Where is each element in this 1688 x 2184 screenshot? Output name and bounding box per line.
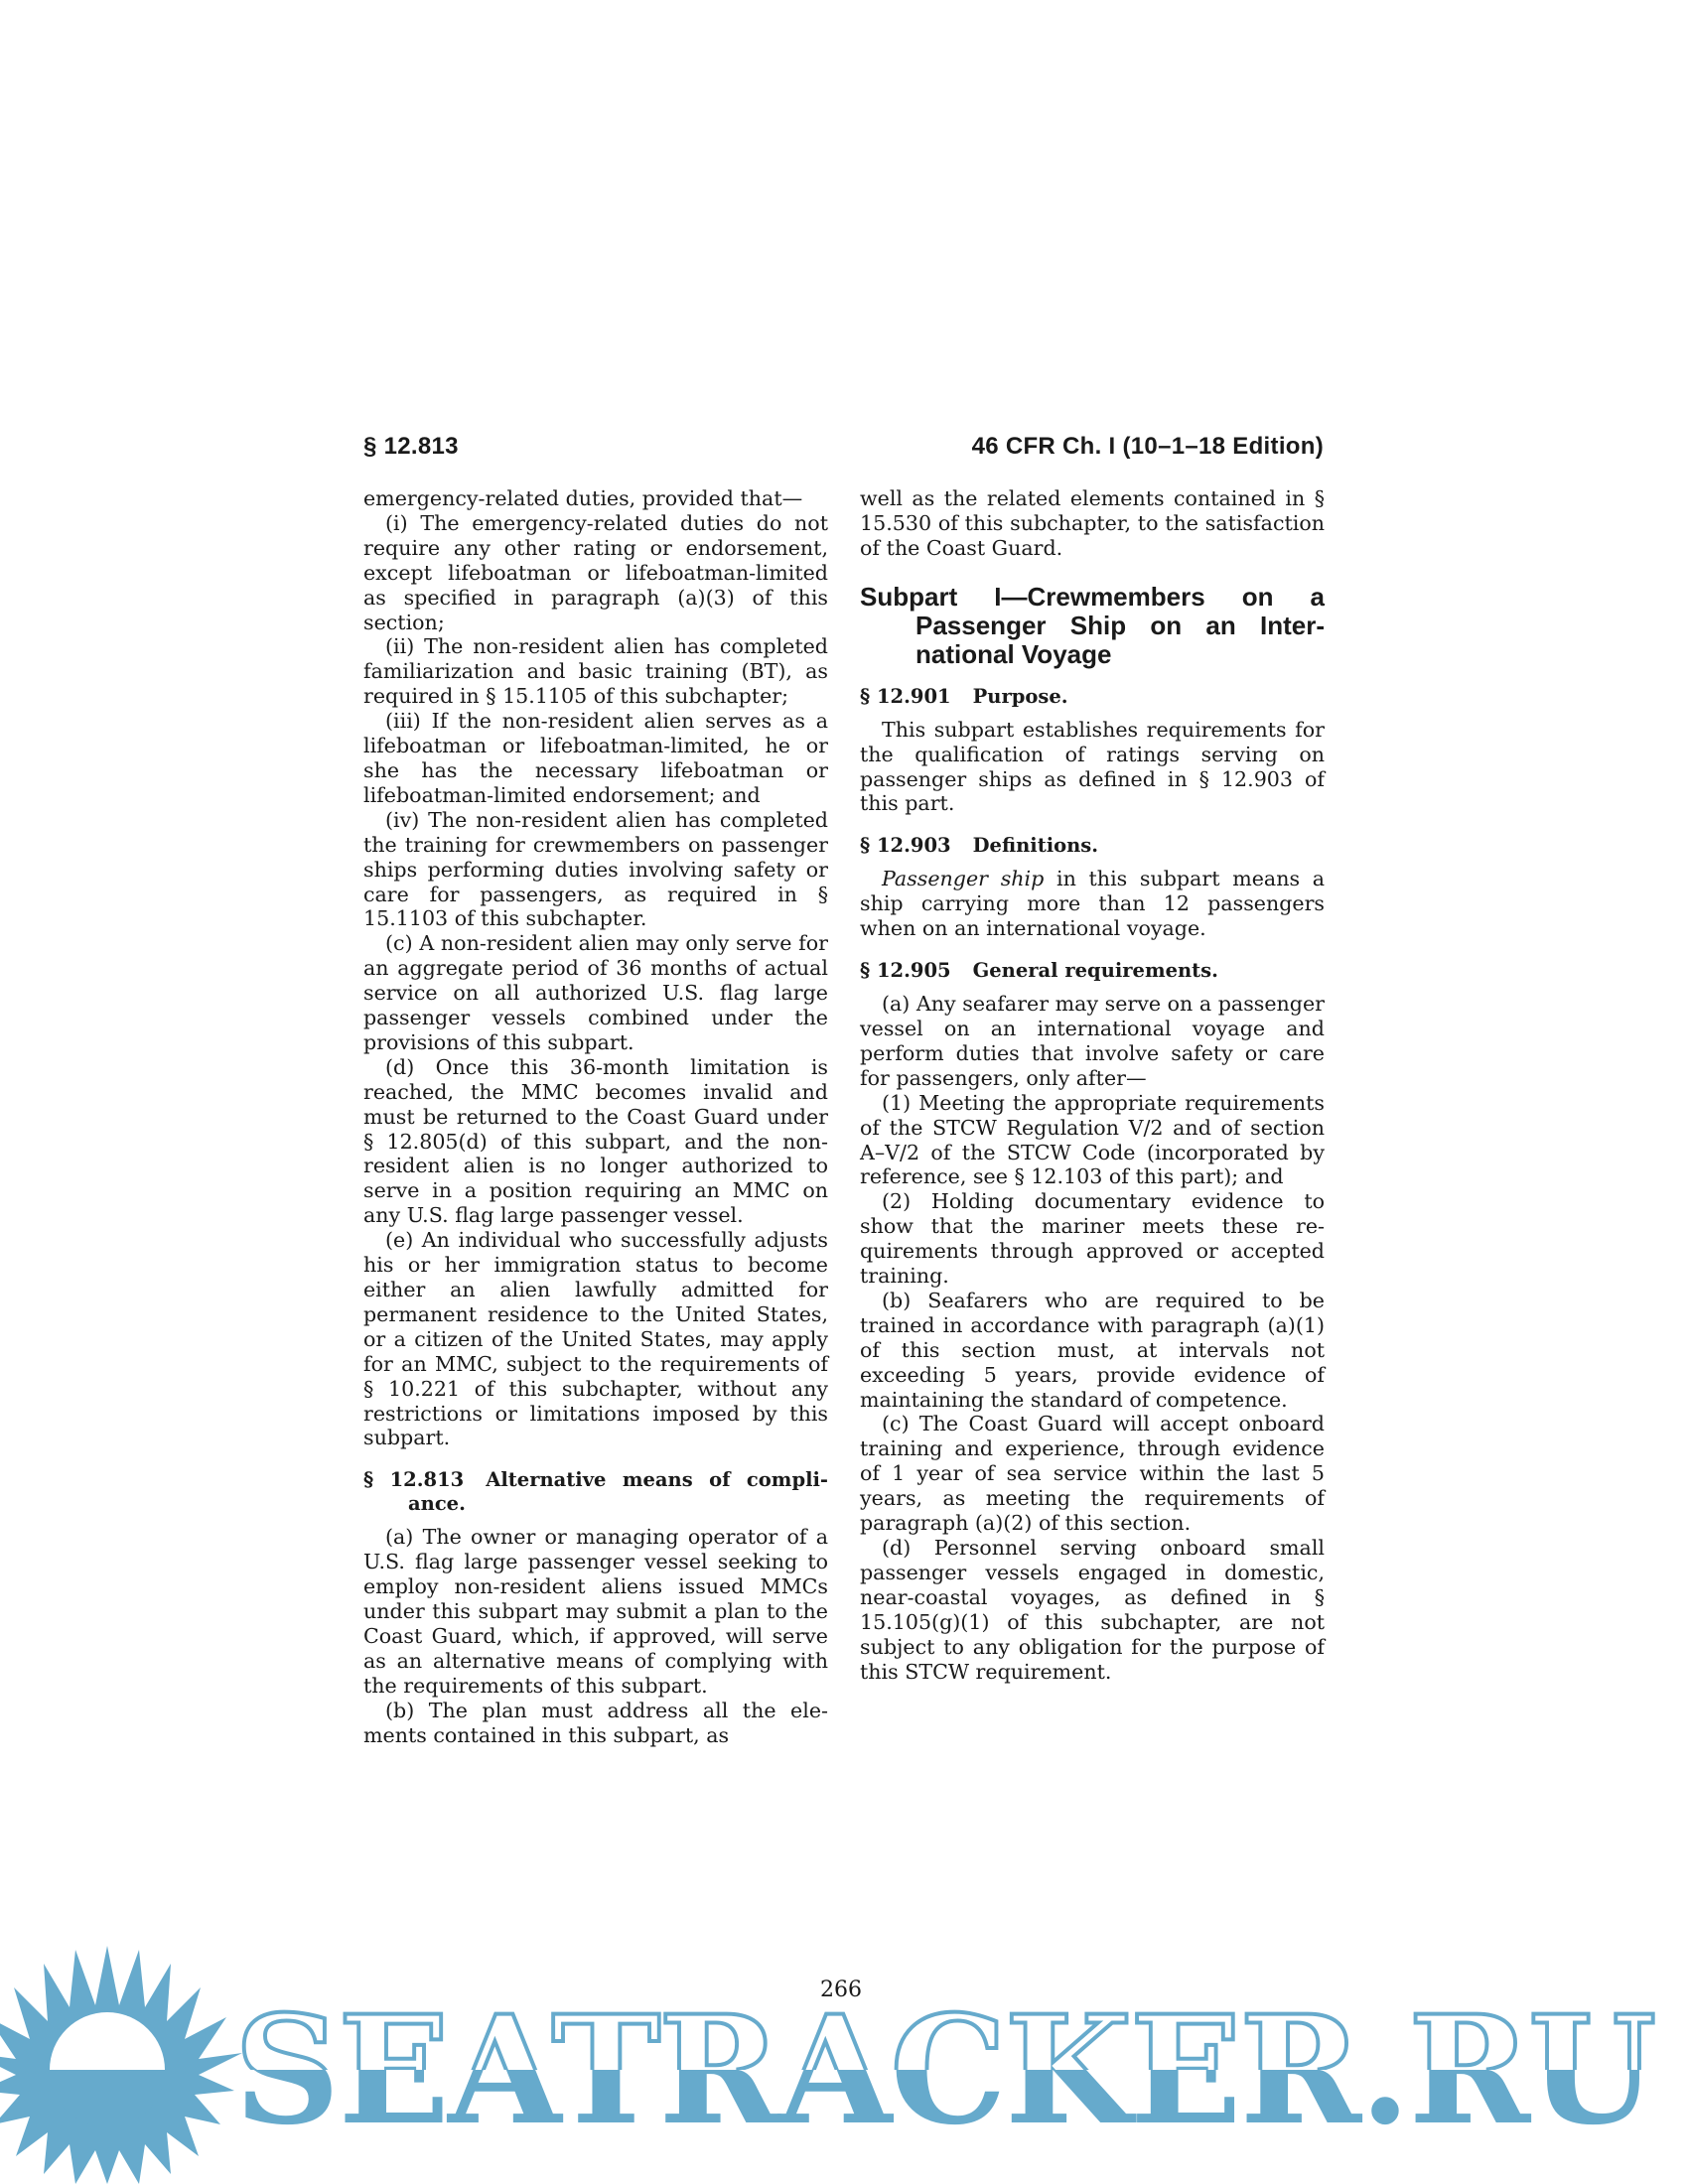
section-heading-12-903: § 12.903Definitions.	[860, 834, 1325, 858]
subpart-heading: Subpart I—Crewmembers on a Passenger Shi…	[860, 583, 1325, 669]
section-heading-12-905: § 12.905General requirements.	[860, 959, 1325, 983]
watermark-text: SEATRACKER.RU SEATRACKER.RU	[234, 1983, 1654, 2158]
paragraph-ii: (ii) The non-resident alien has com­plet…	[363, 634, 828, 709]
section-heading-12-813: § 12.813Alternative means of compli­ance…	[363, 1468, 828, 1516]
header-title-ref: 46 CFR Ch. I (10–1–18 Edition)	[972, 433, 1324, 461]
right-column: well as the related elements contained i…	[860, 486, 1325, 1684]
paragraph-c: (c) A non-resident alien may only serve …	[363, 931, 828, 1055]
paragraph-i: (i) The emergency-related duties do not …	[363, 511, 828, 635]
paragraph-d: (d) Once this 36-month limitation is rea…	[363, 1055, 828, 1228]
left-column: emergency-related duties, provided that—…	[363, 486, 828, 1748]
svg-text:SEATRACKER.RU: SEATRACKER.RU	[234, 1983, 1654, 2158]
paragraph-b: (b) Seafarers who are required to be tra…	[860, 1289, 1325, 1413]
section-901-body: This subpart establishes require­ments f…	[860, 718, 1325, 817]
section-title: Purpose.	[973, 685, 1068, 708]
paragraph-iii: (iii) If the non-resident alien serves a…	[363, 709, 828, 808]
section-903-body: Passenger ship in this subpart means a s…	[860, 867, 1325, 941]
section-heading-12-901: § 12.901Purpose.	[860, 685, 1325, 709]
paragraph-continuation: emergency-related duties, provided that—	[363, 486, 828, 511]
page-header: § 12.813 46 CFR Ch. I (10–1–18 Edition)	[363, 433, 1324, 465]
paragraph-c: (c) The Coast Guard will accept on­board…	[860, 1412, 1325, 1536]
section-title: Definitions.	[973, 834, 1098, 857]
paragraph-a: (a) Any seafarer may serve on a pas­seng…	[860, 992, 1325, 1091]
watermark-logo: SEATRACKER.RU SEATRACKER.RU	[0, 1936, 1688, 2184]
page-number: 266	[820, 1978, 862, 2002]
section-number: § 12.903	[860, 834, 951, 857]
header-section-ref: § 12.813	[363, 433, 459, 461]
paragraph-a-1: (1) Meeting the appropriate require­ment…	[860, 1091, 1325, 1190]
svg-text:SEATRACKER.RU: SEATRACKER.RU	[234, 1983, 1654, 2158]
paragraph-b: (b) The plan must address all the ele­me…	[363, 1699, 828, 1748]
defined-term: Passenger ship	[882, 867, 1044, 890]
paragraph-d: (d) Personnel serving onboard small pass…	[860, 1536, 1325, 1684]
section-number: § 12.813	[363, 1468, 464, 1491]
paragraph-a: (a) The owner or managing operator of a …	[363, 1525, 828, 1698]
paragraph-continuation: well as the related elements contained i…	[860, 486, 1325, 561]
section-number: § 12.901	[860, 685, 951, 708]
sun-over-sea-icon	[0, 1946, 242, 2184]
paragraph-e: (e) An individual who successfully ad­ju…	[363, 1228, 828, 1450]
paragraph-iv: (iv) The non-resident alien has com­plet…	[363, 808, 828, 932]
paragraph-a-2: (2) Holding documentary evidence to show…	[860, 1189, 1325, 1289]
section-title: General requirements.	[973, 959, 1218, 982]
section-number: § 12.905	[860, 959, 951, 982]
section-title: Alternative means of compli­ance.	[408, 1468, 828, 1515]
